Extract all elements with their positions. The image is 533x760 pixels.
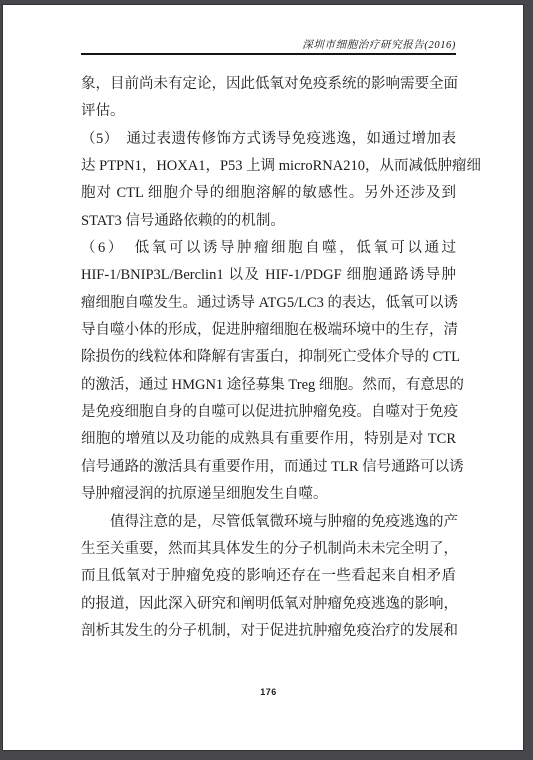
text-line: 除损伤的线粒体和降解有害蛋白，抑制死亡受体介导的 CTL (81, 344, 456, 371)
text-line: 细胞的增殖以及功能的成熟具有重要作用，特别是对 TCR (81, 426, 456, 453)
page-number: 176 (260, 687, 277, 697)
text-line: （5） 通过表遗传修饰方式诱导免疫逃逸，如通过增加表 (81, 126, 456, 153)
text-line: 信号通路的激活具有重要作用，而通过 TLR 信号通路可以诱 (81, 454, 456, 481)
running-head: 深圳市细胞治疗研究报告(2016) (81, 37, 456, 52)
text-line: 导肿瘤浸润的抗原递呈细胞发生自噬。 (81, 481, 456, 508)
text-line: 生至关重要，然而其具体发生的分子机制尚未未完全明了， (81, 536, 456, 563)
text-line: 象，目前尚未有定论，因此低氧对免疫系统的影响需要全面 (81, 71, 456, 98)
document-page: 深圳市细胞治疗研究报告(2016) 象，目前尚未有定论，因此低氧对免疫系统的影响… (3, 5, 523, 750)
text-line: STAT3 信号通路依赖的的机制。 (81, 208, 456, 235)
text-line: 瘤细胞自噬发生。通过诱导 ATG5/LC3 的表达，低氧可以诱 (81, 290, 456, 317)
pdf-viewer-background: 深圳市细胞治疗研究报告(2016) 象，目前尚未有定论，因此低氧对免疫系统的影响… (0, 0, 533, 760)
text-line: 是免疫细胞自身的自噬可以促进抗肿瘤免疫。自噬对于免疫 (81, 399, 456, 426)
text-line: 的报道，因此深入研究和阐明低氧对肿瘤免疫逃逸的影响， (81, 591, 456, 618)
text-line: （6） 低氧可以诱导肿瘤细胞自噬，低氧可以通过 (81, 235, 456, 262)
text-line: 的激活，通过 HMGN1 途径募集 Treg 细胞。然而，有意思的 (81, 372, 456, 399)
text-line: 值得注意的是，尽管低氧微环境与肿瘤的免疫逃逸的产 (81, 509, 456, 536)
header-rule (81, 53, 456, 55)
text-line: 胞对 CTL 细胞介导的细胞溶解的敏感性。另外还涉及到 (81, 180, 456, 207)
text-line: HIF-1/BNIP3L/Berclin1 以及 HIF-1/PDGF 细胞通路… (81, 262, 456, 289)
body-text: 象，目前尚未有定论，因此低氧对免疫系统的影响需要全面评估。（5） 通过表遗传修饰… (81, 71, 456, 645)
page-footer: 176 (81, 682, 456, 700)
text-line: 评估。 (81, 98, 456, 125)
text-line: 剖析其发生的分子机制，对于促进抗肿瘤免疫治疗的发展和 (81, 618, 456, 645)
text-line: 达 PTPN1，HOXA1，P53 上调 microRNA210，从而减低肿瘤细 (81, 153, 456, 180)
text-line: 而且低氧对于肿瘤免疫的影响还存在一些看起来自相矛盾 (81, 563, 456, 590)
text-line: 导自噬小体的形成，促进肿瘤细胞在极端环境中的生存，清 (81, 317, 456, 344)
